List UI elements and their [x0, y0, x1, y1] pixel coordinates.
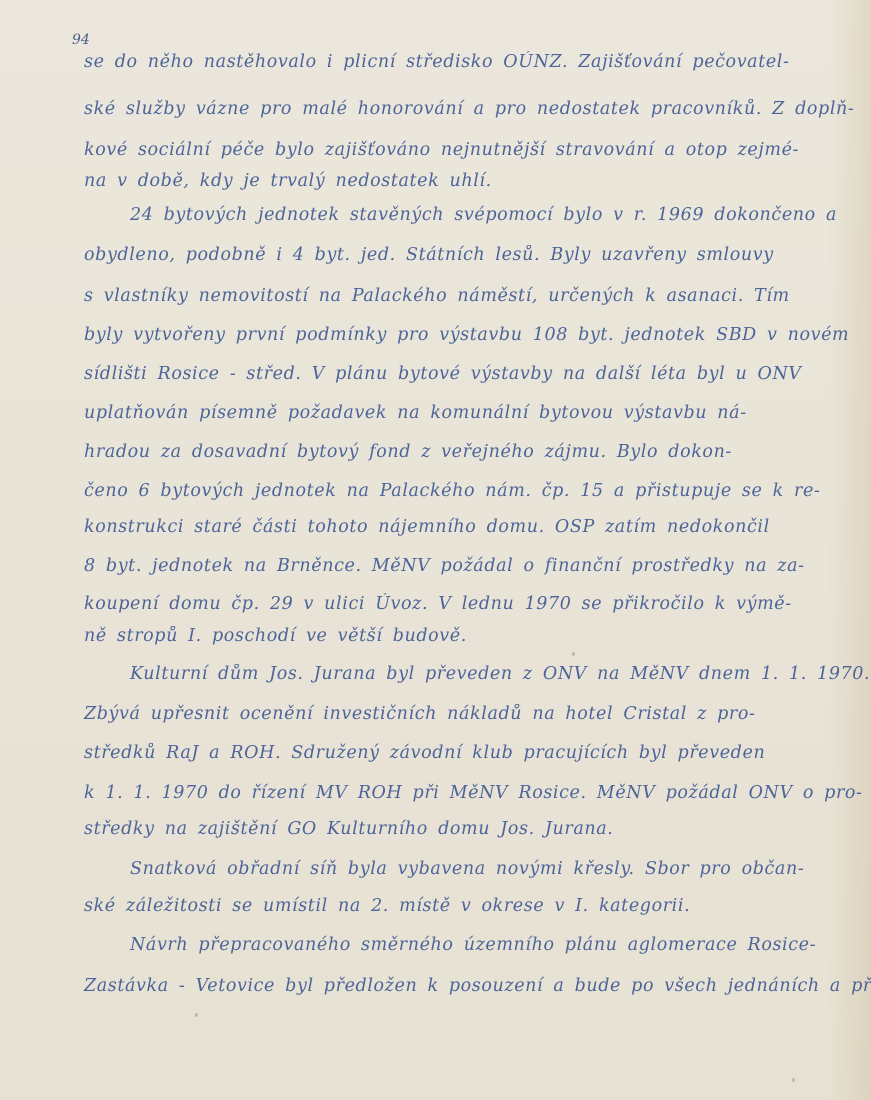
text-line: k 1. 1. 1970 do řízení MV ROH při MěNV R… — [84, 781, 814, 805]
text-line: na v době, kdy je trvalý nedostatek uhlí… — [84, 169, 814, 193]
text-line: ské záležitosti se umístil na 2. místě v… — [84, 894, 814, 918]
text-line: sídlišti Rosice - střed. V plánu bytové … — [84, 362, 814, 386]
text-line: s vlastníky nemovitostí na Palackého nám… — [84, 284, 814, 308]
text-line: čeno 6 bytových jednotek na Palackého ná… — [84, 479, 814, 503]
paper-speck — [572, 652, 575, 656]
text-line: 8 byt. jednotek na Brněnce. MěNV požádal… — [84, 554, 814, 578]
text-line: ské služby vázne pro malé honorování a p… — [84, 97, 814, 121]
text-line: koupení domu čp. 29 v ulici Úvoz. V ledn… — [84, 592, 814, 616]
text-line: Návrh přepracovaného směrného územního p… — [130, 933, 814, 957]
text-line: Kulturní dům Jos. Jurana byl převeden z … — [130, 662, 814, 686]
text-line: Zbývá upřesnit ocenění investičních nákl… — [84, 702, 814, 726]
text-line: hradou za dosavadní bytový fond z veřejn… — [84, 440, 814, 464]
text-line: ně stropů I. poschodí ve větší budově. — [84, 624, 814, 648]
text-line: Zastávka - Vetovice byl předložen k poso… — [84, 974, 814, 998]
text-line: byly vytvořeny první podmínky pro výstav… — [84, 323, 814, 347]
text-line: kové sociální péče bylo zajišťováno nejn… — [84, 138, 814, 162]
text-line: se do něho nastěhovalo i plicní středisk… — [84, 50, 814, 74]
text-line: konstrukci staré části tohoto nájemního … — [84, 515, 814, 539]
text-line: Snatková obřadní síň byla vybavena novým… — [130, 857, 814, 881]
handwritten-page: 94 se do něho nastěhovalo i plicní střed… — [0, 0, 871, 1100]
text-line: 24 bytových jednotek stavěných svépomocí… — [130, 203, 814, 227]
text-line: obydleno, podobně i 4 byt. jed. Státních… — [84, 243, 814, 267]
text-line: uplatňován písemně požadavek na komunáln… — [84, 401, 814, 425]
text-line: středky na zajištění GO Kulturního domu … — [84, 817, 814, 841]
text-line: středků RaJ a ROH. Sdružený závodní klub… — [84, 741, 814, 765]
paper-speck — [195, 1013, 198, 1017]
paper-speck — [792, 1078, 795, 1082]
page-number: 94 — [72, 32, 90, 48]
